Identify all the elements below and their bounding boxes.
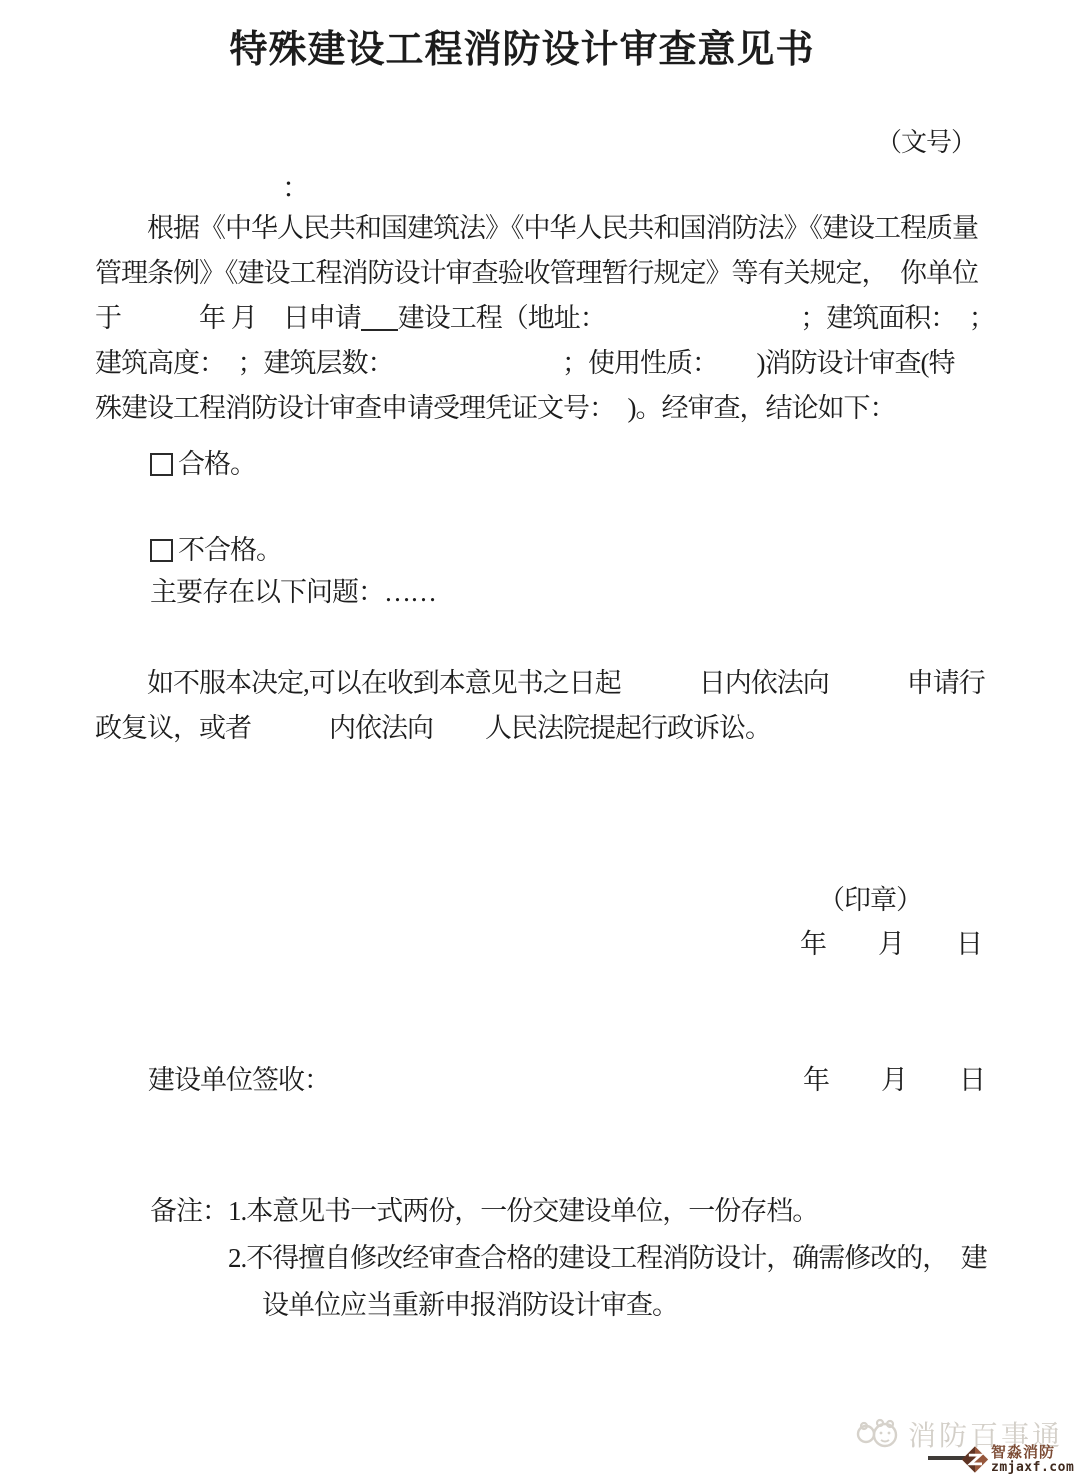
option-unqualified-label: 不合格。: [178, 535, 282, 565]
body-line-2: 管理条例》《建设工程消防设计审查验收管理暂行规定》等有关规定， 你单位: [95, 251, 978, 296]
body-line-3: 于 年 月 日申请建设工程（地址： ；建筑面积： ；: [95, 296, 995, 341]
appeal-line-1: 如不服本决定,可以在收到本意见书之日起 日内依法向 申请行: [95, 661, 985, 706]
note-line-3: 设单位应当重新申报消防设计审查。: [262, 1283, 678, 1328]
option-qualified: 合格。: [150, 442, 256, 487]
brand-name: 智淼消防: [991, 1441, 1055, 1462]
note-line-1: 备注：1.本意见书一式两份，一份交建设单位，一份存档。: [150, 1189, 818, 1234]
note-line-2: 2.不得擅自修改经审查合格的建设工程消防设计，确需修改的， 建: [228, 1236, 987, 1281]
checkbox-unqualified[interactable]: [150, 539, 173, 562]
body-line-3-pre: 于 年 月 日申请: [95, 303, 361, 333]
seal-label: （印章）: [818, 878, 922, 923]
checkbox-qualified[interactable]: [150, 453, 173, 476]
addressee-colon: ：: [282, 166, 309, 211]
problems-line: 主要存在以下问题：……: [150, 570, 436, 615]
brand-logo-icon: [961, 1445, 989, 1479]
issue-date-line: 年 月 日: [800, 922, 982, 967]
option-qualified-label: 合格。: [178, 449, 256, 479]
sign-label: 建设单位签收：: [148, 1058, 330, 1103]
body-line-3-post: 建设工程（地址： ；建筑面积： ；: [398, 303, 995, 333]
body-line-4: 建筑高度： ；建筑层数： ；使用性质： )消防设计审查(特: [95, 341, 954, 386]
mascot-face-icon: [856, 1418, 904, 1457]
document-title: 特殊建设工程消防设计审查意见书: [0, 18, 1044, 73]
document-page: 特殊建设工程消防设计审查意见书 （文号） ： 根据《中华人民共和国建筑法》《中华…: [0, 0, 1080, 1482]
sign-date-line: 年 月 日: [803, 1058, 985, 1103]
brand-dash: [928, 1456, 965, 1460]
body-line-5: 殊建设工程消防设计审查申请受理凭证文号： )。经审查，结论如下：: [95, 386, 896, 431]
blank-underline: [361, 311, 398, 331]
body-line-1: 根据《中华人民共和国建筑法》《中华人民共和国消防法》《建设工程质量: [95, 206, 978, 251]
brand-domain: zmjaxf.com: [991, 1460, 1074, 1475]
option-unqualified: 不合格。: [150, 528, 282, 573]
doc-number-label: （文号）: [876, 120, 976, 165]
appeal-line-2: 政复议，或者 内依法向 人民法院提起行政诉讼。: [95, 706, 771, 751]
